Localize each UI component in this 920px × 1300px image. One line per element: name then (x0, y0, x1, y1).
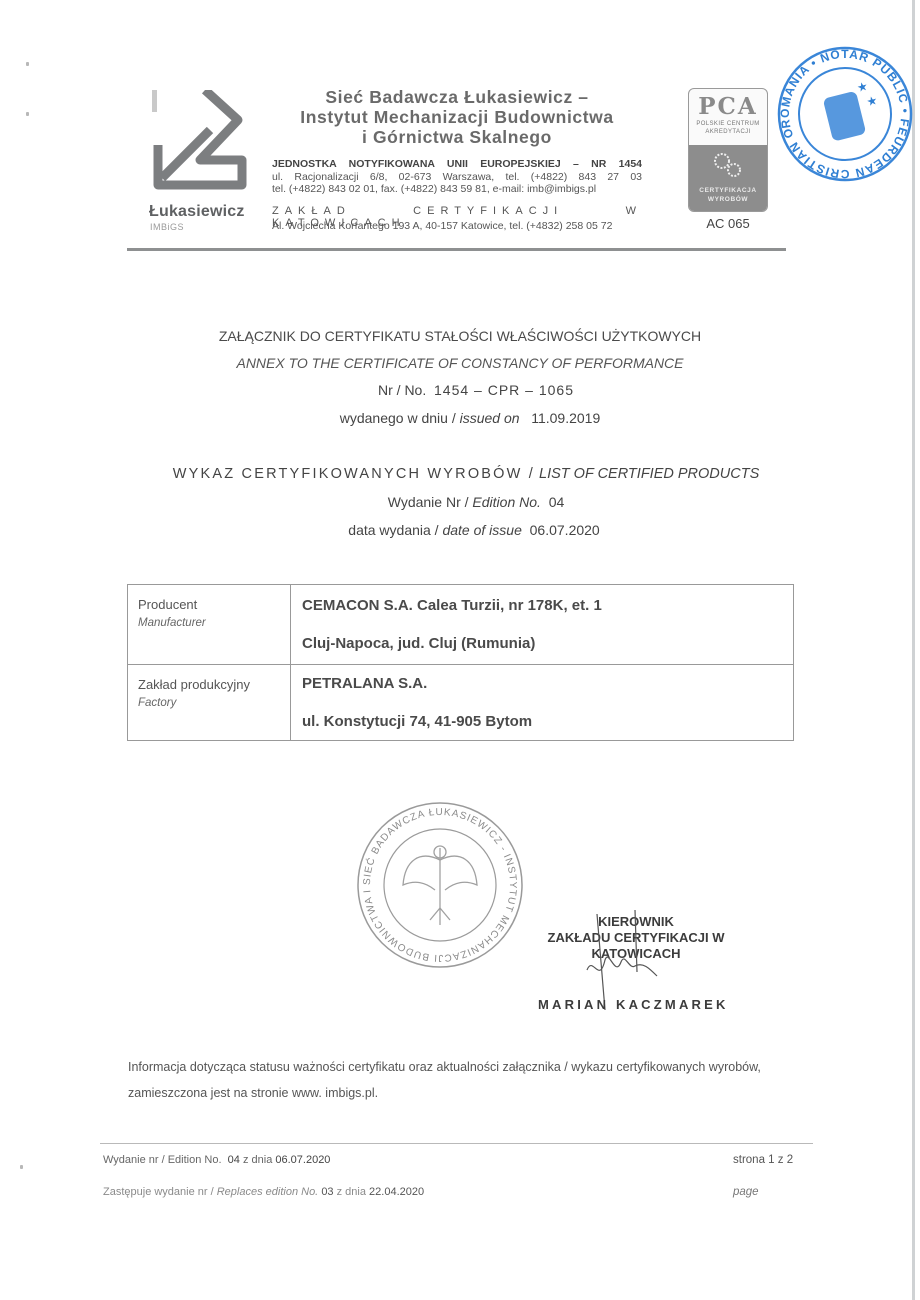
table-row-label: Producent Manufacturer (138, 597, 206, 629)
notified-body-line: JEDNOSTKA NOTYFIKOWANA UNII EUROPEJSKIEJ… (272, 158, 642, 170)
issued-date: 11.09.2019 (531, 410, 600, 426)
certificate-number: Nr / No. 1454 – CPR – 1065 (16, 382, 920, 398)
footer-replaces-mid: z dnia (337, 1186, 366, 1198)
svg-text:★: ★ (855, 79, 869, 95)
footer-replaces-date: 22.04.2020 (369, 1186, 424, 1198)
table-row-label: Zakład produkcyjny Factory (138, 677, 250, 709)
department-address: Al. Wojciecha Korfantego 193 A, 40-157 K… (272, 220, 644, 232)
pca-line: AKREDYTACJI (689, 128, 767, 136)
address-line-2: tel. (+4822) 843 02 01, fax. (+4822) 843… (272, 183, 642, 195)
signatory-name: MARIAN KACZMAREK (538, 997, 729, 1012)
label-pl: Producent (138, 597, 197, 612)
list-heading-pl: WYKAZ CERTYFIKOWANYCH WYROBÓW / (173, 466, 535, 482)
table-row-value: PETRALANA S.A. ul. Konstytucji 74, 41-90… (302, 667, 532, 739)
value-line: Cluj-Napoca, jud. Cluj (Rumunia) (302, 627, 602, 661)
footer-edition-no: 04 (228, 1154, 240, 1166)
scan-speck (26, 62, 29, 66)
accreditation-code: AC 065 (700, 216, 756, 231)
date-label-pl: data wydania / (348, 522, 438, 538)
gears-icon (708, 149, 748, 181)
scan-speck (20, 1165, 23, 1169)
pca-cert-line: CERTYFIKACJA (689, 186, 767, 195)
value-line: ul. Konstytucji 74, 41-905 Bytom (302, 705, 532, 739)
date-label-en: date of issue (442, 522, 521, 538)
issued-label-en: issued on (460, 410, 520, 426)
footer-edition-mid: z dnia (243, 1154, 272, 1166)
svg-text:★: ★ (865, 93, 879, 109)
institute-title: Sieć Badawcza Łukasiewicz – Instytut Mec… (262, 87, 652, 147)
footer-divider (100, 1143, 813, 1144)
page-indicator-en: page (733, 1186, 759, 1198)
notary-stamp-icon: ROMÂNIA • NOTAR PUBLIC • FEURDEAN CRISTI… (775, 44, 915, 184)
annex-title-pl: ZAŁĄCZNIK DO CERTYFIKATU STAŁOŚCI WŁAŚCI… (0, 328, 920, 344)
date-value: 06.07.2020 (530, 522, 600, 538)
table-row-value: CEMACON S.A. Calea Turzii, nr 178K, et. … (302, 589, 602, 661)
label-en: Manufacturer (138, 617, 206, 629)
logo-subtitle: IMBiGS (150, 222, 184, 232)
annex-title-en: ANNEX TO THE CERTIFICATE OF CONSTANCY OF… (0, 355, 920, 371)
issued-label-pl: wydanego w dniu / (340, 410, 456, 426)
number-value: 1454 – CPR – 1065 (434, 382, 574, 398)
footer-replaces-no: 03 (321, 1186, 333, 1198)
manufacturer-table: Producent Manufacturer CEMACON S.A. Cale… (127, 584, 794, 741)
issued-on: wydanego w dniu / issued on 11.09.2019 (10, 410, 920, 426)
page-indicator: strona 1 z 2 (733, 1154, 793, 1166)
value-line: PETRALANA S.A. (302, 667, 532, 701)
label-en: Factory (138, 697, 250, 709)
date-of-issue: data wydania / date of issue 06.07.2020 (14, 522, 920, 538)
footer-edition-date: 06.07.2020 (275, 1154, 330, 1166)
page-edge-line (912, 0, 915, 1300)
footer-replaces: Zastępuje wydanie nr / Replaces edition … (103, 1186, 424, 1198)
pca-logo: PCA (689, 89, 767, 120)
pca-cert-line: WYROBÓW (689, 195, 767, 204)
list-heading: WYKAZ CERTYFIKOWANYCH WYROBÓW / LIST OF … (6, 466, 920, 482)
header-divider (127, 248, 786, 251)
label-pl: Zakład produkcyjny (138, 677, 250, 692)
edition-number: Wydanie Nr / Edition No. 04 (16, 494, 920, 510)
footer-replaces-en: Replaces edition No. (217, 1186, 319, 1198)
logo-name: Łukasiewicz (149, 203, 245, 221)
edition-label-en: Edition No. (472, 494, 540, 510)
scan-speck (26, 112, 29, 116)
svg-text:SIEĆ BADAWCZA ŁUKASIEWICZ - IN: SIEĆ BADAWCZA ŁUKASIEWICZ - INSTYTUT MEC… (355, 800, 518, 963)
list-heading-en: LIST OF CERTIFIED PRODUCTS (539, 466, 759, 482)
edition-value: 04 (549, 494, 565, 510)
info-paragraph: Informacja dotycząca statusu ważności ce… (128, 1054, 808, 1106)
footer-edition: Wydanie nr / Edition No. 04 z dnia 06.07… (103, 1154, 330, 1166)
footer-edition-prefix: Wydanie nr / Edition No. (103, 1154, 222, 1166)
institute-title-line: Instytut Mechanizacji Budownictwa (262, 107, 652, 127)
address-line-1: ul. Racjonalizacji 6/8, 02-673 Warszawa,… (272, 171, 642, 183)
edition-label-pl: Wydanie Nr / (388, 494, 469, 510)
pca-accreditation-badge: PCA POLSKIE CENTRUM AKREDYTACJI CERTYFIK… (688, 88, 768, 212)
institute-title-line: Sieć Badawcza Łukasiewicz – (262, 87, 652, 107)
number-label: Nr / No. (378, 382, 426, 398)
eagle-seal-icon: SIEĆ BADAWCZA ŁUKASIEWICZ - INSTYTUT MEC… (355, 800, 525, 970)
institute-title-line: i Górnictwa Skalnego (262, 127, 652, 147)
value-line: CEMACON S.A. Calea Turzii, nr 178K, et. … (302, 589, 602, 623)
pca-line: POLSKIE CENTRUM (689, 120, 767, 128)
lukasiewicz-logo-icon (150, 90, 250, 190)
footer-replaces-prefix: Zastępuje wydanie nr / (103, 1186, 214, 1198)
